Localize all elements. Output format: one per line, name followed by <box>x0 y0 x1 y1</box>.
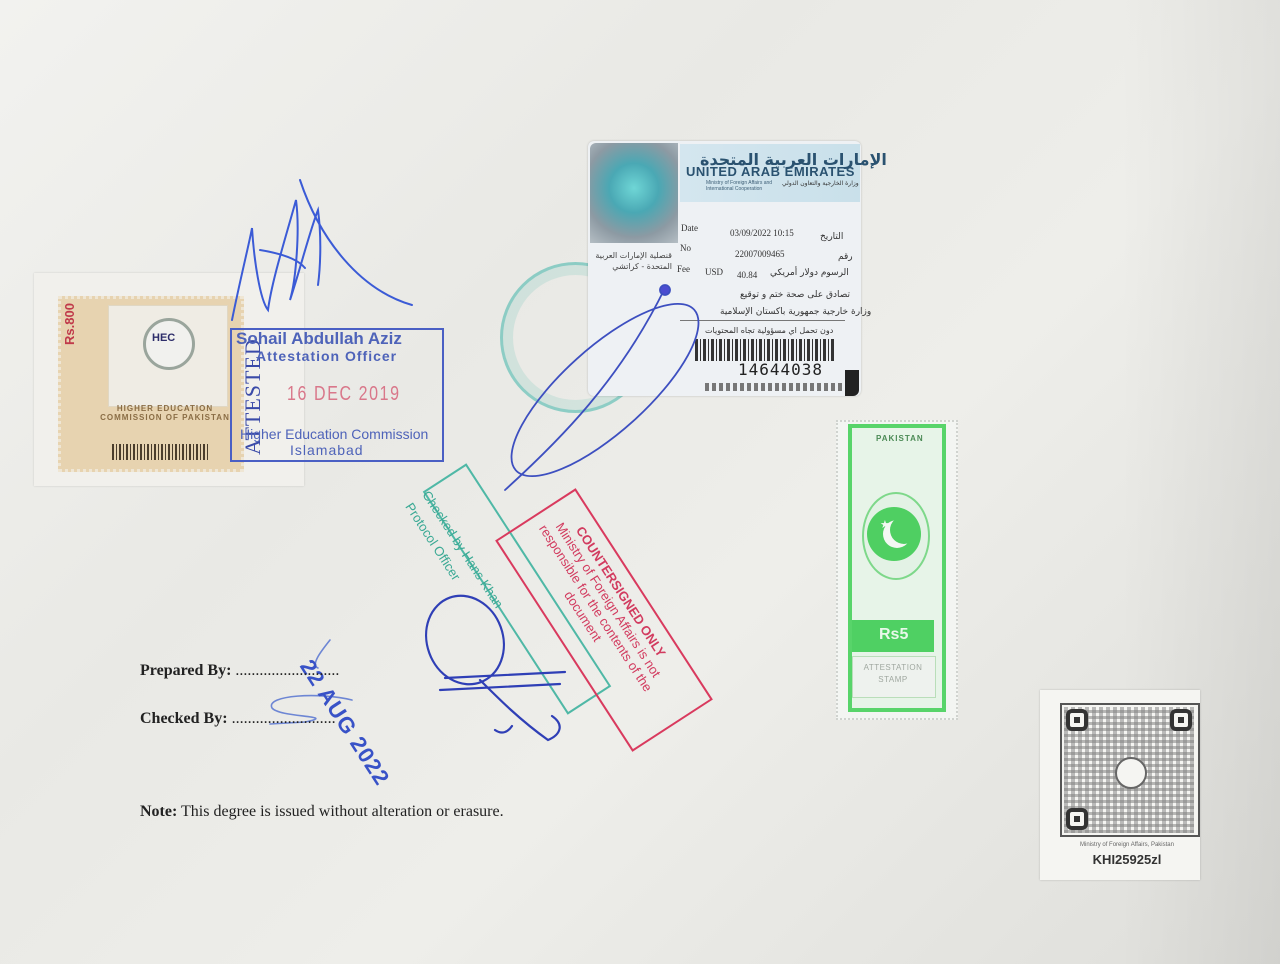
checked-by-line: Checked By: .......................... <box>140 710 336 728</box>
uae-barcode-lower <box>705 383 845 391</box>
uae-barcode <box>695 339 835 361</box>
uae-fee-value: 40.84 <box>737 270 757 280</box>
uae-ministry-arabic: وزارة الخارجية والتعاون الدولي <box>782 180 859 187</box>
uae-date-label-arabic: التاريخ <box>820 232 843 242</box>
hec-logo-icon <box>143 318 195 370</box>
hec-stamp-price: Rs.800 <box>62 303 77 345</box>
uae-date-value: 03/09/2022 10:15 <box>730 228 794 238</box>
uae-divider <box>680 320 845 321</box>
uae-note-arabic-2: وزارة خارجية جمهورية باكستان الإسلامية <box>720 307 871 317</box>
qr-finder-top-left-icon <box>1066 709 1088 731</box>
attestation-officer-title: Attestation Officer <box>256 348 397 364</box>
qr-caption: Ministry of Foreign Affairs, Pakistan <box>1052 842 1202 848</box>
uae-date-label: Date <box>681 223 698 233</box>
prepared-by-label: Prepared By: <box>140 662 231 679</box>
uae-sticker-corner <box>845 370 859 396</box>
uae-barcode-number: 14644038 <box>738 360 823 379</box>
prepared-by-dots: .......................... <box>235 662 339 679</box>
note-text: This degree is issued without alteration… <box>181 803 504 820</box>
uae-no-value: 22007009465 <box>735 249 785 259</box>
checked-by-dots: .......................... <box>232 710 336 727</box>
uae-note-arabic-1: تصادق على صحة ختم و توقيع <box>740 290 850 300</box>
uae-ministry-english: Ministry of Foreign Affairs and Internat… <box>706 180 776 192</box>
uae-fee-currency: USD <box>705 267 723 277</box>
pakistan-stamp-value: Rs5 <box>879 626 908 644</box>
qr-finder-bottom-left-icon <box>1066 808 1088 830</box>
attestation-date: 16 DEC 2019 <box>287 383 401 406</box>
hec-stamp-caption: HIGHER EDUCATION COMMISSION OF PAKISTAN <box>100 404 230 422</box>
qr-reference-code: KHI25925zl <box>1052 852 1202 867</box>
uae-no-label-arabic: رقم <box>838 252 853 262</box>
qr-finder-top-right-icon <box>1170 709 1192 731</box>
pakistan-stamp-country: PAKISTAN <box>876 434 924 443</box>
uae-fee-label-arabic: الرسوم دولار أمريكي <box>770 268 849 278</box>
checked-by-label: Checked By: <box>140 710 228 727</box>
uae-fee-label: Fee <box>677 264 690 274</box>
uae-emblem-hologram-icon <box>590 143 678 243</box>
uae-note-arabic-3: دون تحمل اي مسؤولية تجاه المحتويات <box>705 326 833 335</box>
pakistan-stamp-label: ATTESTATION STAMP <box>852 662 934 686</box>
attestation-city: Islamabad <box>290 442 364 458</box>
note-label: Note: <box>140 803 177 820</box>
attestation-officer-name: Sohail Abdullah Aziz <box>236 329 402 349</box>
uae-title-english: UNITED ARAB EMIRATES <box>686 164 855 179</box>
note-line: Note: This degree is issued without alte… <box>140 803 504 821</box>
star-icon: ★ <box>880 518 890 531</box>
attestation-organization: Higher Education Commission <box>240 426 428 442</box>
uae-consulate-arabic: قنصلية الإمارات العربية المتحدة - كراتشي <box>592 250 672 272</box>
uae-no-label: No <box>680 243 691 253</box>
crescent-icon <box>890 516 918 544</box>
prepared-by-line: Prepared By: .......................... <box>140 662 339 680</box>
qr-center-emblem-icon <box>1115 757 1147 789</box>
hec-logo-text: HEC <box>152 332 175 344</box>
hec-barcode <box>112 444 208 460</box>
